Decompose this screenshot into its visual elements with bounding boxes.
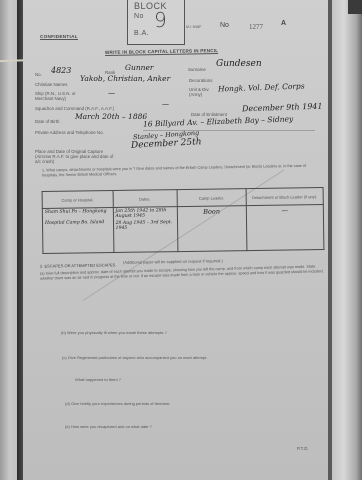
col-block-leader-header: Detachment or Block Leader (if any). xyxy=(246,188,323,206)
question-e: (e) How were you recaptured and on what … xyxy=(65,424,152,429)
block-stamp: BLOCK No 9 B.A. xyxy=(127,0,185,45)
question-d: (d) Give briefly your experiences during… xyxy=(65,401,170,406)
dates-entry-2: 28 Aug 1945 – 3rd Sept. 1945 xyxy=(116,220,175,231)
ship-label: Ship (R.N., U.S.N. or Merchant Navy) xyxy=(35,92,80,101)
unit-value: Hongk. Vol. Def. Corps xyxy=(218,81,305,93)
stamp-number: 9 xyxy=(154,8,167,32)
question-c-followup: What happened to them ? xyxy=(75,377,121,382)
squadron-label: Squadron and Command (R.A.F., A.A.F.) xyxy=(35,106,114,111)
enlistment-value: December 9th 1941 xyxy=(242,102,323,114)
form-reference: M.I. 9/18F xyxy=(186,25,201,29)
pow-questionnaire-page: BLOCK No 9 B.A. CONFIDENTIAL M.I. 9/18F … xyxy=(23,0,328,480)
stamp-line-no: No xyxy=(134,13,144,20)
dob-label: Date of Birth xyxy=(35,119,59,124)
camp-leader-value: Boon xyxy=(203,207,220,215)
classification-label: CONFIDENTIAL xyxy=(40,34,78,40)
camp-entry-2: Hospital Camp Bo. Island xyxy=(45,220,111,226)
dates-entry-1: Jan 25th 1942 to 28th August 1945 xyxy=(115,208,174,219)
surname-value: Gundesen xyxy=(216,59,262,69)
capture-label: Place and Date of Original Capture (Airc… xyxy=(35,150,120,164)
section2-title: 2. ESCAPES OR ATTEMPTED ESCAPES. xyxy=(40,262,116,268)
stamp-line-ba: B.A. xyxy=(134,30,149,37)
col-dates-header: Dates. xyxy=(113,190,177,208)
camp-entry-1: Sham Shui Po – Hongkong xyxy=(45,209,111,215)
table-row: Sham Shui Po – Hongkong Hospital Camp Bo… xyxy=(42,205,324,254)
serial-number: 1277 xyxy=(249,23,263,31)
section2-note: (Additional paper will be supplied on re… xyxy=(123,258,223,265)
question-b: (b) Were you physically fit when you mad… xyxy=(61,330,167,335)
col-camp-leader-header: Camp Leader. xyxy=(177,189,247,207)
camp-cell: Sham Shui Po – Hongkong Hospital Camp Bo… xyxy=(42,207,113,253)
christian-names-label: Christian Names xyxy=(35,82,67,87)
serial-suffix: A xyxy=(281,20,286,27)
block-leader-value: — xyxy=(282,207,289,215)
pto-label: P.T.O. xyxy=(297,446,309,451)
rank-value: Gunner xyxy=(125,63,154,72)
surname-label: Surname xyxy=(188,67,206,72)
address-label: Private Address and Telephone No. xyxy=(35,130,104,135)
unit-label: Unit & Div. (Army) xyxy=(189,88,211,97)
number-label: No xyxy=(220,22,229,29)
no-value: 4823 xyxy=(51,66,71,75)
background-right xyxy=(332,0,362,480)
section1-question: 1. What camps, detachments or hospitals … xyxy=(42,164,322,179)
address-value: 16 Billyard Av. – Elizabeth Bay – Sidney xyxy=(143,114,293,128)
camps-table: Camp or Hospital. Dates. Camp Leader. De… xyxy=(42,187,325,254)
no-label: No. xyxy=(35,72,42,77)
block-leader-cell: — xyxy=(246,205,324,251)
background-corner xyxy=(348,0,362,14)
decorations-label: Decorations xyxy=(189,78,212,83)
ship-value: — xyxy=(108,89,115,97)
camp-leader-cell: Boon xyxy=(177,206,247,252)
christian-names-value: Yakob, Christian, Anker xyxy=(80,74,170,83)
form-instruction: WRITE IN BLOCK CAPITAL LETTERS IN PENCIL xyxy=(105,48,218,56)
squadron-value: — xyxy=(162,100,169,108)
dates-cell: Jan 25th 1942 to 28th August 1945 28 Aug… xyxy=(113,207,178,253)
dob-value: March 20th – 1886 xyxy=(75,112,147,121)
col-camp-header: Camp or Hospital. xyxy=(42,190,113,208)
question-c: (c) Give Regimental particulars of anyon… xyxy=(62,355,207,360)
